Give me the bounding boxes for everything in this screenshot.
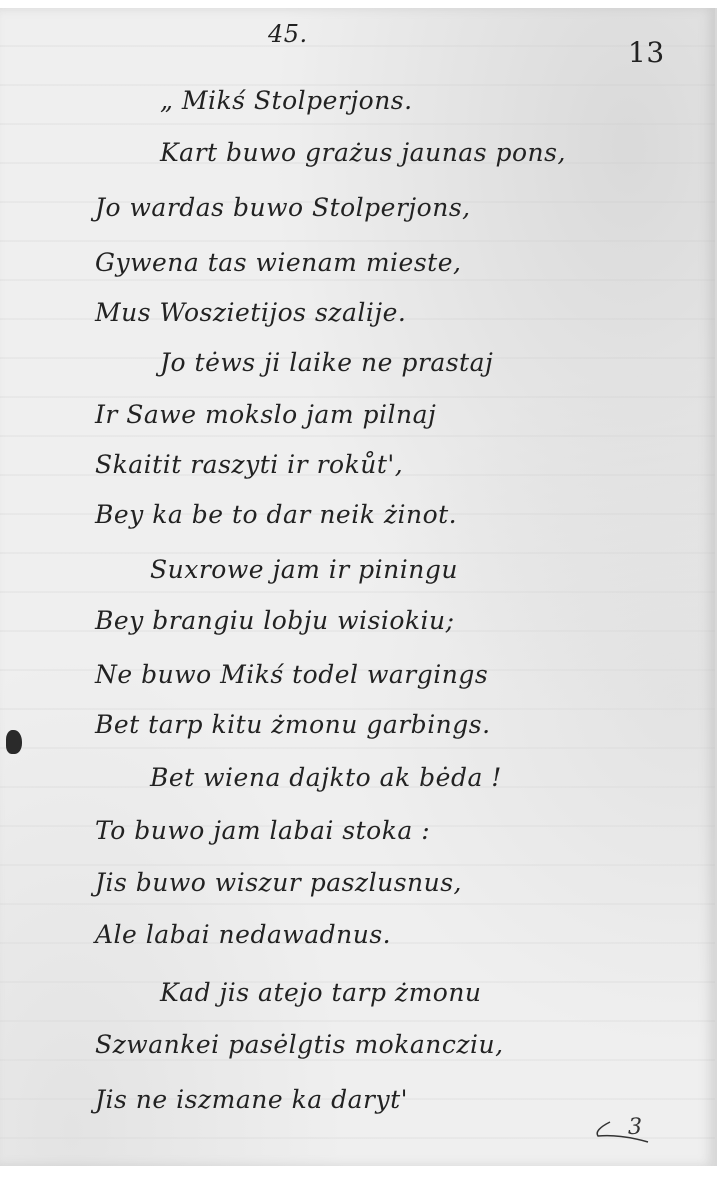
poem-line: Bey brangiu lobju wisiokiu;	[95, 606, 455, 635]
poem-line: Mus Woszietijos szalije.	[95, 298, 406, 327]
catchword-flourish-icon: 3	[590, 1108, 670, 1158]
poem-line: Skaitit raszyti ir rokůt',	[95, 450, 403, 479]
poem-line: Szwankei pasėlgtis mokancziu,	[95, 1030, 504, 1059]
catchword: 3	[628, 1115, 642, 1140]
ink-blot	[6, 730, 22, 754]
poem-line: Jo tėws ji laike ne prastaj	[160, 348, 493, 377]
poem-line: Ne buwo Mikś todel wargings	[95, 660, 488, 689]
poem-line: Jis ne iszmane ka daryt'	[95, 1085, 408, 1114]
poem-line: To buwo jam labai stoka :	[95, 816, 430, 845]
manuscript-page: 45. 13 „ Mikś Stolperjons. Kart buwo gra…	[0, 8, 717, 1166]
poem-line: Gywena tas wienam mieste,	[95, 248, 461, 277]
poem-line: Bet tarp kitu żmonu garbings.	[95, 710, 491, 739]
poem-line: Kart buwo grażus jaunas pons,	[160, 138, 566, 167]
poem-line: Ir Sawe mokslo jam pilnaj	[95, 400, 436, 429]
poem-line: Bet wiena dajkto ak bėda !	[150, 763, 502, 792]
poem-line: Jis buwo wiszur paszlusnus,	[95, 868, 462, 897]
poem-line: Jo wardas buwo Stolperjons,	[95, 193, 471, 222]
page-number: 45.	[268, 20, 308, 48]
poem-title: „ Mikś Stolperjons.	[160, 86, 413, 115]
poem-line: Ale labai nedawadnus.	[95, 920, 391, 949]
folio-number: 13	[628, 36, 665, 69]
poem-line: Bey ka be to dar neik żinot.	[95, 500, 457, 529]
poem-line: Suxrowe jam ir piningu	[150, 555, 458, 584]
poem-line: Kad jis atejo tarp żmonu	[160, 978, 482, 1007]
